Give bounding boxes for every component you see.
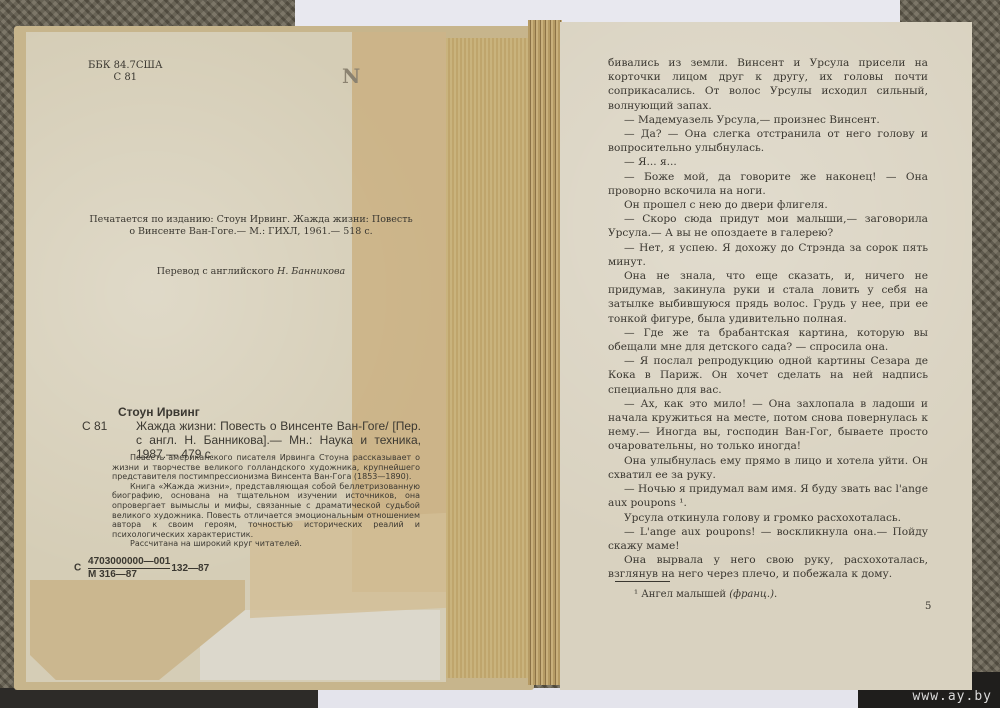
publication-index: С 4703000000—001 М 316—87 132—87 [74,556,209,580]
source-edition-line-1: Печатается по изданию: Стоун Ирвинг. Жаж… [86,214,416,226]
annotation-paragraph: Рассчитана на широкий круг читателей. [112,539,420,549]
body-paragraph: — Ах, как это мило! — Она захлопала в ла… [608,397,928,454]
body-paragraph: Она вырвала у него свою руку, расхохотал… [608,553,928,581]
bbk-index: С 81 [88,72,163,84]
page-body-text: бивались из земли. Винсент и Урсула прис… [608,56,928,582]
footnote-divider [615,581,670,582]
bleed-through-letter: N [342,64,360,88]
body-paragraph: — Боже мой, да говорите же наконец! — Он… [608,170,928,198]
bbk-classification: ББК 84.7США С 81 [88,60,163,84]
bbk-code: ББК 84.7США [88,60,163,72]
body-paragraph: — Мадемуазель Урсула,— произнес Винсент. [608,113,928,127]
footnote-marker: ¹ [634,589,638,600]
book-page-edges [528,20,562,685]
translator-name: Н. Банникова [277,266,345,277]
index-prefix: С [74,563,81,574]
index-numerator: 4703000000—001 [88,556,170,569]
annotation-paragraph: Книга «Жажда жизни», представляющая собо… [112,482,420,540]
source-edition-note: Печатается по изданию: Стоун Ирвинг. Жаж… [86,214,416,238]
index-denominator: М 316—87 [88,569,170,580]
fabric-background [0,688,318,708]
translation-prefix: Перевод с английского [157,266,274,277]
body-paragraph: — Я послал репродукцию одной картины Сез… [608,354,928,397]
paper-patch [200,610,440,680]
translation-credit: Перевод с английского Н. Банникова [86,266,416,277]
white-paper-background-bottom [318,688,858,708]
body-paragraph: бивались из земли. Винсент и Урсула прис… [608,56,928,113]
book-annotation: Повесть американского писателя Ирвинга С… [112,453,420,549]
body-paragraph: — L'ange aux poupons! — воскликнула она.… [608,525,928,553]
body-paragraph: Урсула откинула голову и громко расхохот… [608,511,928,525]
annotation-paragraph: Повесть американского писателя Ирвинга С… [112,453,420,482]
body-paragraph: — Да? — Она слегка отстранила от него го… [608,127,928,155]
index-suffix: 132—87 [171,563,209,574]
body-paragraph: — Где же та брабантская картина, которую… [608,326,928,354]
body-paragraph: Он прошел с нею до двери флигеля. [608,198,928,212]
footnote-language: (франц.). [729,589,777,600]
body-paragraph: — Я... я... [608,155,928,169]
page-number: 5 [925,601,931,612]
catalog-code: С 81 [82,419,107,433]
footnote-text: Ангел малышей [641,589,726,600]
body-paragraph: — Нет, я успею. Я дохожу до Стрэнда за с… [608,241,928,269]
watermark: www.ay.by [913,689,992,704]
book-spine-cloth [446,38,530,678]
body-paragraph: — Скоро сюда придут мои малыши,— заговор… [608,212,928,240]
body-paragraph: — Ночью я придумал вам имя. Я буду звать… [608,482,928,510]
author-heading: Стоун Ирвинг [118,405,200,419]
body-paragraph: Она улыбнулась ему прямо в лицо и хотела… [608,454,928,482]
source-edition-line-2: о Винсенте Ван-Гоге.— М.: ГИХЛ, 1961.— 5… [86,226,416,238]
body-paragraph: Она не знала, что еще сказать, и, ничего… [608,269,928,326]
footnote: ¹ Ангел малышей (франц.). [634,589,777,600]
